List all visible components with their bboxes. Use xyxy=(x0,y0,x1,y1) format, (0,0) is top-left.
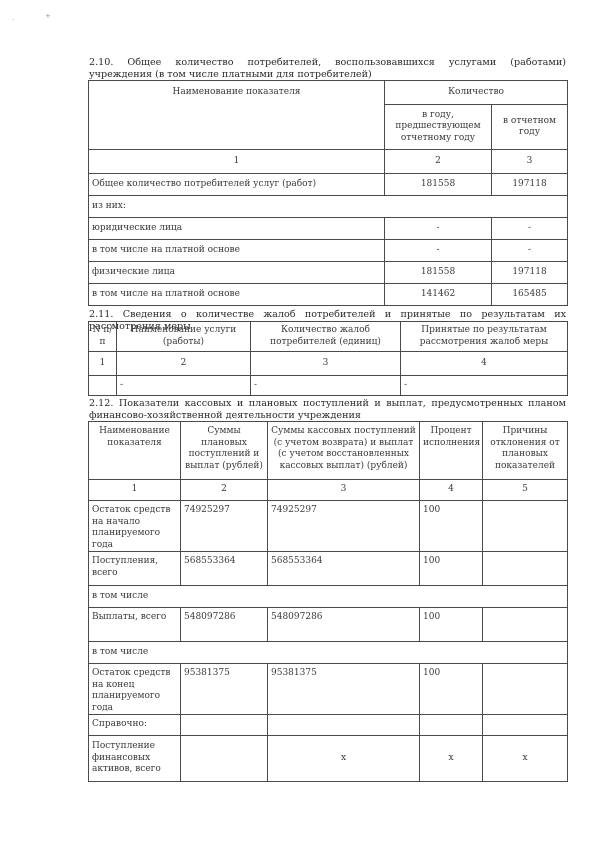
percent-value: 100 xyxy=(420,608,483,642)
prev-value: - xyxy=(385,218,492,240)
table-row: в том числе на платной основе 141462 165… xyxy=(89,284,568,306)
percent-value: x xyxy=(420,736,483,782)
cash-value: x xyxy=(268,736,420,782)
table-row: Общее количество потребителей услуг (раб… xyxy=(89,174,568,196)
plan-value xyxy=(181,715,268,736)
prev-value: 141462 xyxy=(385,284,492,306)
table-row: Справочно: xyxy=(89,715,568,736)
col-number: 4 xyxy=(401,352,568,376)
plan-value: 568553364 xyxy=(181,552,268,586)
cell-service: - xyxy=(117,376,251,396)
reason-value xyxy=(483,664,568,715)
curr-value: - xyxy=(492,218,568,240)
col-number: 4 xyxy=(420,480,483,501)
row-label: Остаток средств на конец планируемого го… xyxy=(89,664,181,715)
table-row: Поступление финансовых активов, всего x … xyxy=(89,736,568,782)
percent-value xyxy=(420,715,483,736)
table-row: в том числе на платной основе - - xyxy=(89,240,568,262)
row-label: в том числе на платной основе xyxy=(89,284,385,306)
table-row: юридические лица - - xyxy=(89,218,568,240)
header-measures: Принятые по результатам рассмотрения жал… xyxy=(401,322,568,352)
header-percent: Процент исполнения xyxy=(420,422,483,480)
table-row: физические лица 181558 197118 xyxy=(89,262,568,284)
plan-value: 74925297 xyxy=(181,501,268,552)
reason-value xyxy=(483,608,568,642)
header-plan: Суммы плановых поступлений и выплат (руб… xyxy=(181,422,268,480)
row-label: в том числе xyxy=(89,586,568,608)
cash-value xyxy=(268,715,420,736)
plan-value xyxy=(181,736,268,782)
header-quantity: Количество xyxy=(385,81,568,105)
percent-value: 100 xyxy=(420,552,483,586)
row-label: юридические лица xyxy=(89,218,385,240)
prev-value: 181558 xyxy=(385,174,492,196)
prev-value: 181558 xyxy=(385,262,492,284)
reason-value xyxy=(483,501,568,552)
header-prev-year: в году, предшествующем отчетному году xyxy=(385,105,492,150)
cell-number xyxy=(89,376,117,396)
col-number: 5 xyxy=(483,480,568,501)
row-label: Справочно: xyxy=(89,715,181,736)
row-label: из них: xyxy=(89,196,568,218)
col-number: 1 xyxy=(89,352,117,376)
header-name: Наименование показателя xyxy=(89,422,181,480)
header-report-year: в отчетном году xyxy=(492,105,568,150)
document-page: · + 2.10. Общее количество потребителей,… xyxy=(0,0,599,848)
curr-value: 197118 xyxy=(492,174,568,196)
table-row: Остаток средств на конец планируемого го… xyxy=(89,664,568,715)
col-number: 1 xyxy=(89,150,385,174)
col-number: 3 xyxy=(251,352,401,376)
cash-value: 568553364 xyxy=(268,552,420,586)
scan-mark: + xyxy=(45,12,51,20)
header-complaints-count: Количество жалоб потребителей (единиц) xyxy=(251,322,401,352)
cash-value: 95381375 xyxy=(268,664,420,715)
col-number: 1 xyxy=(89,480,181,501)
row-label: Остаток средств на начало планируемого г… xyxy=(89,501,181,552)
col-number: 3 xyxy=(492,150,568,174)
row-label: в том числе xyxy=(89,642,568,664)
consumers-table: Наименование показателя Количество в год… xyxy=(88,80,568,306)
reason-value xyxy=(483,715,568,736)
curr-value: - xyxy=(492,240,568,262)
cash-flow-table: Наименование показателя Суммы плановых п… xyxy=(88,421,568,782)
table-row: Поступления, всего 568553364 568553364 1… xyxy=(89,552,568,586)
header-name: Наименование показателя xyxy=(89,81,385,150)
plan-value: 95381375 xyxy=(181,664,268,715)
scan-mark: · xyxy=(12,16,14,24)
complaints-table: N п/п Наименование услуги (работы) Колич… xyxy=(88,321,568,396)
col-number: 2 xyxy=(385,150,492,174)
section-2-12-caption: 2.12. Показатели кассовых и плановых пос… xyxy=(89,398,566,421)
header-service: Наименование услуги (работы) xyxy=(117,322,251,352)
percent-value: 100 xyxy=(420,664,483,715)
row-label: Общее количество потребителей услуг (раб… xyxy=(89,174,385,196)
table-row: в том числе xyxy=(89,642,568,664)
col-number: 3 xyxy=(268,480,420,501)
plan-value: 548097286 xyxy=(181,608,268,642)
prev-value: - xyxy=(385,240,492,262)
table-row: из них: xyxy=(89,196,568,218)
row-label: в том числе на платной основе xyxy=(89,240,385,262)
percent-value: 100 xyxy=(420,501,483,552)
header-cash: Суммы кассовых поступлений (с учетом воз… xyxy=(268,422,420,480)
col-number: 2 xyxy=(117,352,251,376)
table-row: в том числе xyxy=(89,586,568,608)
row-label: физические лица xyxy=(89,262,385,284)
table-row: Остаток средств на начало планируемого г… xyxy=(89,501,568,552)
cell-complaints-count: - xyxy=(251,376,401,396)
curr-value: 165485 xyxy=(492,284,568,306)
curr-value: 197118 xyxy=(492,262,568,284)
reason-value xyxy=(483,552,568,586)
cash-value: 74925297 xyxy=(268,501,420,552)
row-label: Поступления, всего xyxy=(89,552,181,586)
col-number: 2 xyxy=(181,480,268,501)
cell-measures: - xyxy=(401,376,568,396)
table-row: - - - xyxy=(89,376,568,396)
cash-value: 548097286 xyxy=(268,608,420,642)
table-row: Выплаты, всего 548097286 548097286 100 xyxy=(89,608,568,642)
header-number: N п/п xyxy=(89,322,117,352)
section-2-10-caption: 2.10. Общее количество потребителей, вос… xyxy=(89,57,566,80)
row-label: Поступление финансовых активов, всего xyxy=(89,736,181,782)
reason-value: x xyxy=(483,736,568,782)
header-reasons: Причины отклонения от плановых показател… xyxy=(483,422,568,480)
row-label: Выплаты, всего xyxy=(89,608,181,642)
